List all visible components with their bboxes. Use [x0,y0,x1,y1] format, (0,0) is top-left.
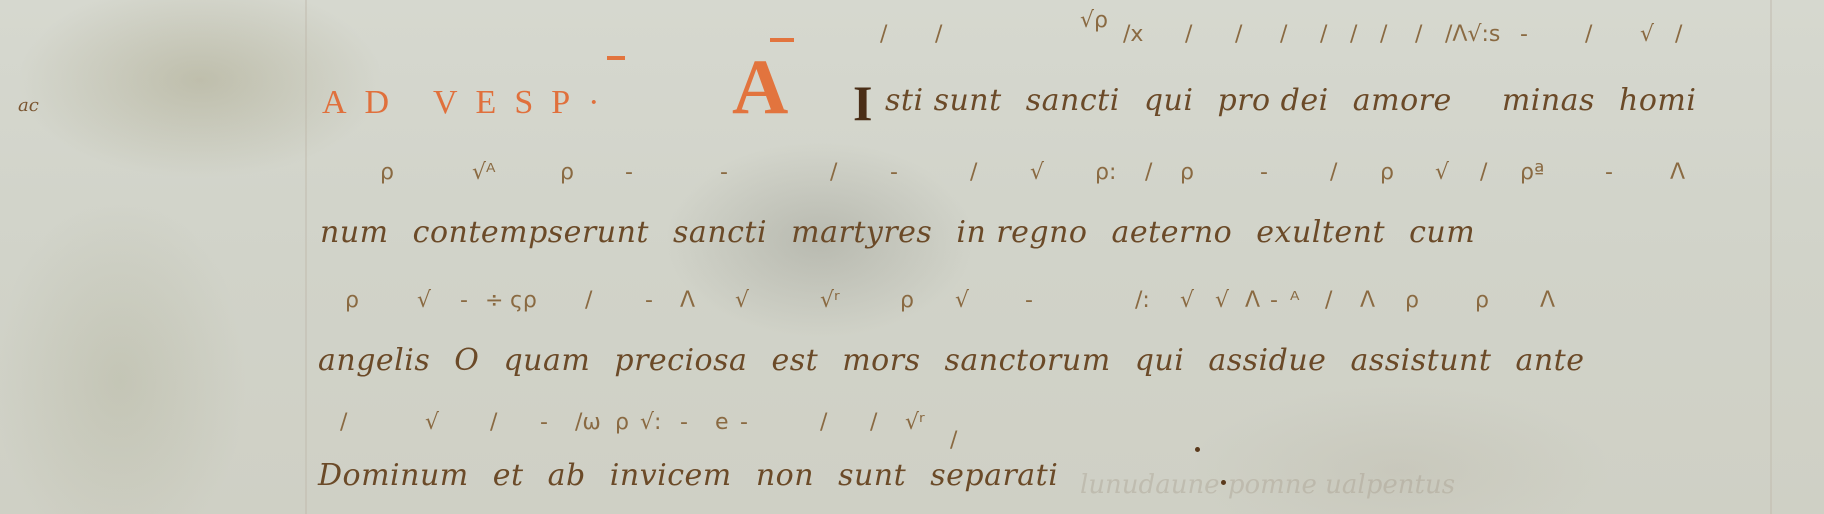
word: quam [503,343,590,378]
word: martyres [791,215,932,250]
neume: ρ [615,410,629,435]
neume: / [970,160,977,185]
neume: - [625,160,633,185]
neume: √ [1215,288,1229,313]
word: ab [548,458,586,493]
word: exultent [1256,215,1385,250]
neume: ρ [900,288,914,313]
neume-row-2: ρ √ᴬ ρ - - / - / √ ρ: / ρ - / ρ √ / ρª -… [380,160,1800,200]
word: est [771,343,818,378]
neume: / [1235,22,1242,47]
neume: ρ [1405,288,1419,313]
neume: - [1605,160,1613,185]
word: sancti [673,215,767,250]
neume: ρ [380,160,394,185]
neume: - [890,160,898,185]
neume: √ [1435,160,1449,185]
neume: ÷ [485,288,503,313]
text-line-1: sti sunt sancti qui pro dei amore minas … [885,83,1710,118]
neume: / [1185,22,1192,47]
neume: / [490,410,497,435]
neume: /x [1123,22,1143,47]
neume: - [645,288,653,313]
neume: √ʳ [905,410,925,435]
neume: Λ [1245,288,1260,313]
neume: - [1270,288,1278,313]
text-line-2: num contempserunt sancti martyres in reg… [320,215,1489,250]
first-letter: I [853,78,872,128]
neume: √ [425,410,439,435]
ink-dot [1195,447,1200,452]
neume: √ [955,288,969,313]
neume: - [460,288,468,313]
initial-bar [770,38,794,42]
neume: √ᴬ [472,160,496,185]
neume: / [1380,22,1387,47]
neume: /Λ√:s [1445,22,1500,47]
neume: √ [1030,160,1044,185]
word: aeterno [1112,215,1233,250]
neume: / [880,22,887,47]
neume: ρ [560,160,574,185]
neume-row-1: / / √ρ /x / / / / / / / /Λ√:s - / √ / [880,22,1780,62]
neume: ρ [1380,160,1394,185]
neume: - [1260,160,1268,185]
neume: / [1325,288,1332,313]
neume: / [830,160,837,185]
neume: / [1480,160,1487,185]
word: sanctorum [945,343,1111,378]
word: Dominum [318,458,469,493]
word: qui [1135,343,1185,378]
decorated-initial: A [732,48,788,126]
neume: - [1025,288,1033,313]
neume: / [585,288,592,313]
neume: √ [1180,288,1194,313]
word: angelis [318,343,430,378]
neume: / [1350,22,1357,47]
neume: / [1675,22,1682,47]
word: non [756,458,814,493]
neume: ρ [345,288,359,313]
neume: / [1330,160,1337,185]
word: sunt [838,458,906,493]
word: pro dei [1218,83,1329,118]
neume: Λ [680,288,695,313]
text-line-4: Dominum et ab invicem non sunt separati [318,458,1072,493]
ruling-line [1770,0,1772,514]
word: contempserunt [413,215,649,250]
neume: Λ [1360,288,1375,313]
word: invicem [610,458,732,493]
word: in regno [956,215,1087,250]
ruling-line [305,0,307,514]
neume: / [820,410,827,435]
word: et [493,458,524,493]
neume: Λ [1540,288,1555,313]
neume: ρ [1180,160,1194,185]
neume: / [1320,22,1327,47]
neume: e [715,410,729,435]
word: mors [842,343,920,378]
neume: / [1415,22,1422,47]
neume: ρ [1475,288,1489,313]
neume: / [870,410,877,435]
neume: ρª [1520,160,1544,185]
punctus-mark [1221,480,1226,485]
word: separati [930,458,1058,493]
word: cum [1409,215,1475,250]
margin-note: ac [18,95,39,116]
neume: - [1520,22,1528,47]
word: ante [1515,343,1584,378]
abbreviation-bar [607,56,625,60]
neume: / [340,410,347,435]
word: O [454,343,479,378]
word: assidue [1208,343,1326,378]
neume: / [1145,160,1152,185]
text-line-3: angelis O quam preciosa est mors sanctor… [318,343,1598,378]
word: num [320,215,389,250]
neume: / [950,428,957,453]
neume-row-4: / √ / - /ω ρ √: - e - / / √ʳ / [340,410,1240,450]
neume: / [1585,22,1592,47]
rubric-heading: AD VESP· [322,84,617,122]
word: qui [1144,83,1194,118]
neume: - [720,160,728,185]
neume: ᴬ [1290,288,1299,313]
neume: / [1280,22,1287,47]
neume: Λ [1670,160,1685,185]
neume: ςρ [510,288,537,313]
word: assistunt [1350,343,1491,378]
word: sti sunt [885,83,1002,118]
neume: √ [735,288,749,313]
neume: √ρ [1080,8,1108,33]
neume: √ [1640,22,1654,47]
word: preciosa [614,343,747,378]
word: amore [1353,83,1452,118]
neume: /: [1135,288,1150,313]
neume: √ʳ [820,288,840,313]
bleed-through-text: lunudaune pomne ualpentus [1080,470,1455,500]
neume: - [540,410,548,435]
neume: / [935,22,942,47]
neume: - [740,410,748,435]
neume: ρ: [1095,160,1116,185]
neume: - [680,410,688,435]
neume: /ω [575,410,601,435]
word: minas [1502,83,1595,118]
neume: √: [640,410,661,435]
word: homi [1619,83,1696,118]
word: sancti [1026,83,1120,118]
neume-row-3: ρ √ - ÷ ςρ / - Λ √ √ʳ ρ √ - /: √ √ Λ - ᴬ… [345,288,1795,328]
neume: √ [417,288,431,313]
